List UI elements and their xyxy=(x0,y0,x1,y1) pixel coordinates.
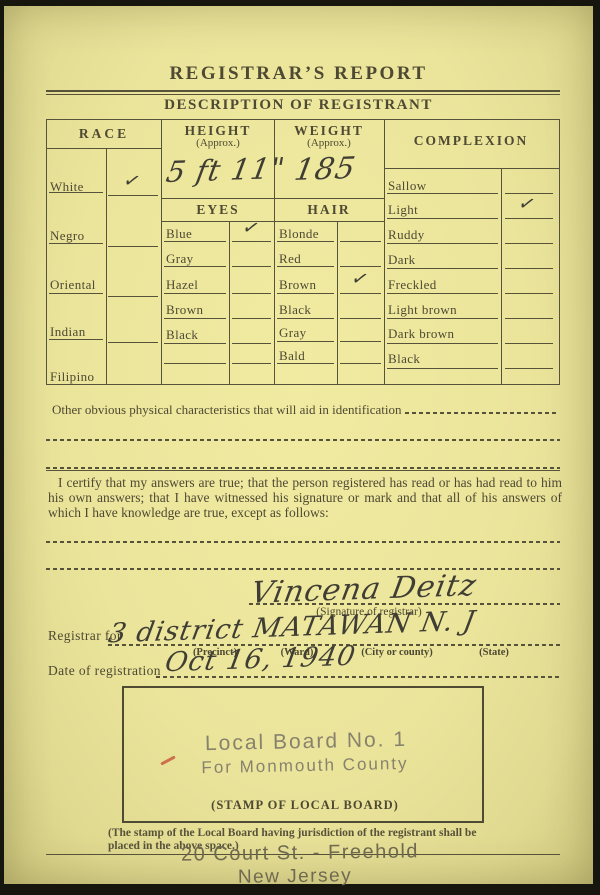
blank-answer-line xyxy=(46,467,560,469)
eyes-row-line xyxy=(232,363,271,364)
complexion-row-label: Black xyxy=(388,351,420,367)
double-rule-top xyxy=(46,90,560,92)
city-or-county-caption: (City or county) xyxy=(361,647,433,658)
height-subheader: (Approx.) xyxy=(196,137,240,149)
eyes-row-line xyxy=(164,363,226,364)
stamp-box: Local Board No. 1 For Monmouth County (S… xyxy=(122,686,484,823)
card-paper: REGISTRAR’S REPORT DESCRIPTION OF REGIST… xyxy=(4,6,593,884)
local-board-stamp-line2: For Monmouth County xyxy=(201,754,409,778)
table-bottom-line xyxy=(46,384,560,385)
hair-row-label: Blonde xyxy=(279,226,319,242)
race-check-mark: ✓ xyxy=(121,169,144,193)
eyes-row-line xyxy=(232,318,271,319)
eyes-row-line xyxy=(164,266,226,267)
complexion-row-label: Dark brown xyxy=(388,326,454,342)
height-value-handwriting: 5 ft 11" xyxy=(164,151,288,189)
col-divider-hair-complexion xyxy=(384,119,385,384)
date-of-registration-line xyxy=(156,676,560,678)
hair-row-label: Red xyxy=(279,251,301,267)
state-caption: (State) xyxy=(479,647,509,658)
eyes-row-label: Blue xyxy=(166,226,192,242)
race-row-line xyxy=(108,342,158,343)
eyes-header: EYES xyxy=(196,202,239,218)
hair-row-line xyxy=(340,293,381,294)
eyes-row-line xyxy=(164,343,226,344)
complexion-row-label: Dark xyxy=(388,252,416,268)
complexion-row-label: Ruddy xyxy=(388,227,425,243)
complexion-check-divider xyxy=(501,168,502,384)
complexion-row-line xyxy=(387,268,498,269)
complexion-row-line xyxy=(505,368,553,369)
race-row-line xyxy=(49,192,103,193)
blank-answer-line xyxy=(46,439,560,441)
hair-row-line xyxy=(340,318,381,319)
hair-row-line xyxy=(340,241,381,242)
eyes-row-line xyxy=(232,241,271,242)
date-of-registration-handwriting: Oct 16, 1940 xyxy=(163,641,359,679)
other-characteristics-line: Other obvious physical characteristics t… xyxy=(52,402,558,418)
eyes-row-line xyxy=(164,293,226,294)
stamp-of-local-board-caption: (STAMP OF LOCAL BOARD) xyxy=(211,798,399,813)
date-of-registration-label: Date of registration xyxy=(48,663,161,679)
eyes-check-mark: ✓ xyxy=(240,216,263,240)
hair-row-line xyxy=(340,341,381,342)
section-divider-line xyxy=(46,470,560,471)
complexion-row-line xyxy=(505,343,553,344)
eyes-row-line xyxy=(164,241,226,242)
eyes-row-line xyxy=(164,318,226,319)
race-row-line xyxy=(49,293,103,294)
complexion-row-line xyxy=(387,218,498,219)
complexion-row-label: Light brown xyxy=(388,302,457,318)
complexion-row-line xyxy=(505,268,553,269)
race-header: RACE xyxy=(79,126,129,142)
hair-row-line xyxy=(277,363,334,364)
hair-row-line xyxy=(277,266,334,267)
complexion-row-line xyxy=(505,243,553,244)
hair-row-line xyxy=(277,293,334,294)
blank-answer-line xyxy=(46,541,560,543)
scanned-card: REGISTRAR’S REPORT DESCRIPTION OF REGIST… xyxy=(0,0,600,895)
race-check-divider xyxy=(106,148,107,384)
hair-header: HAIR xyxy=(307,202,350,218)
hair-row-line xyxy=(340,363,381,364)
blank-answer-line xyxy=(46,568,560,570)
complexion-row-label: Freckled xyxy=(388,277,437,293)
eyes-row-line xyxy=(232,293,271,294)
hair-row-line xyxy=(277,341,334,342)
hair-check-mark: ✓ xyxy=(349,267,372,291)
race-row-label: Oriental xyxy=(50,277,96,293)
hair-row-line xyxy=(277,241,334,242)
eyes-row-line xyxy=(232,343,271,344)
complexion-row-label: Sallow xyxy=(388,178,427,194)
certification-text: I certify that my answers are true; that… xyxy=(48,475,562,520)
address-stamp-line1: 20 Court St. - Freehold xyxy=(181,840,419,866)
other-characteristics-label: Other obvious physical characteristics t… xyxy=(52,402,401,418)
complexion-row-label: Light xyxy=(388,202,418,218)
eyes-row-label: Hazel xyxy=(166,277,198,293)
page-title: REGISTRAR’S REPORT xyxy=(4,63,593,85)
complexion-row-line xyxy=(505,318,553,319)
race-row-line xyxy=(108,246,158,247)
hair-row-label: Gray xyxy=(279,325,307,341)
table-right-line xyxy=(559,119,560,384)
eyes-row-line xyxy=(232,266,271,267)
race-row-line xyxy=(108,195,158,196)
eyes-check-divider xyxy=(229,221,230,384)
table-top-line xyxy=(46,119,560,120)
hair-row-label: Black xyxy=(279,302,311,318)
race-header-underline xyxy=(46,148,161,149)
complexion-row-line xyxy=(387,193,498,194)
complexion-row-line xyxy=(387,343,498,344)
complexion-row-line xyxy=(387,318,498,319)
hair-row-label: Brown xyxy=(279,277,316,293)
complexion-check-mark: ✓ xyxy=(516,192,539,216)
eyes-hair-header-underline xyxy=(161,221,384,222)
weight-value-handwriting: 185 xyxy=(292,151,359,188)
complexion-row-line xyxy=(387,293,498,294)
weight-subheader: (Approx.) xyxy=(307,137,351,149)
height-weight-underline xyxy=(161,198,384,199)
table-left-line xyxy=(46,119,47,384)
hair-check-divider xyxy=(337,221,338,384)
race-row-label: Filipino xyxy=(50,369,94,385)
complexion-row-line xyxy=(387,368,498,369)
complexion-header: COMPLEXION xyxy=(414,133,529,149)
complexion-header-underline xyxy=(384,168,559,169)
race-row-line xyxy=(49,243,103,244)
complexion-row-line xyxy=(387,243,498,244)
race-row-line xyxy=(49,339,103,340)
hair-row-label: Bald xyxy=(279,348,305,364)
local-board-stamp-line1: Local Board No. 1 xyxy=(205,728,408,756)
eyes-row-label: Black xyxy=(166,327,198,343)
complexion-row-line xyxy=(505,293,553,294)
complexion-row-line xyxy=(505,218,553,219)
race-row-label: Indian xyxy=(50,324,86,340)
hair-row-line xyxy=(277,318,334,319)
complexion-row-line xyxy=(505,193,553,194)
hair-row-line xyxy=(340,266,381,267)
race-row-line xyxy=(108,296,158,297)
section-heading: DESCRIPTION OF REGISTRANT xyxy=(4,97,593,114)
race-row-label: Negro xyxy=(50,228,85,244)
eyes-row-label: Gray xyxy=(166,251,194,267)
col-divider-race-eyes xyxy=(161,119,162,384)
eyes-row-label: Brown xyxy=(166,302,203,318)
address-stamp-line2: New Jersey xyxy=(238,865,353,889)
dotted-fill xyxy=(405,412,558,414)
double-rule-bottom xyxy=(46,94,560,95)
signature-line xyxy=(249,603,560,605)
